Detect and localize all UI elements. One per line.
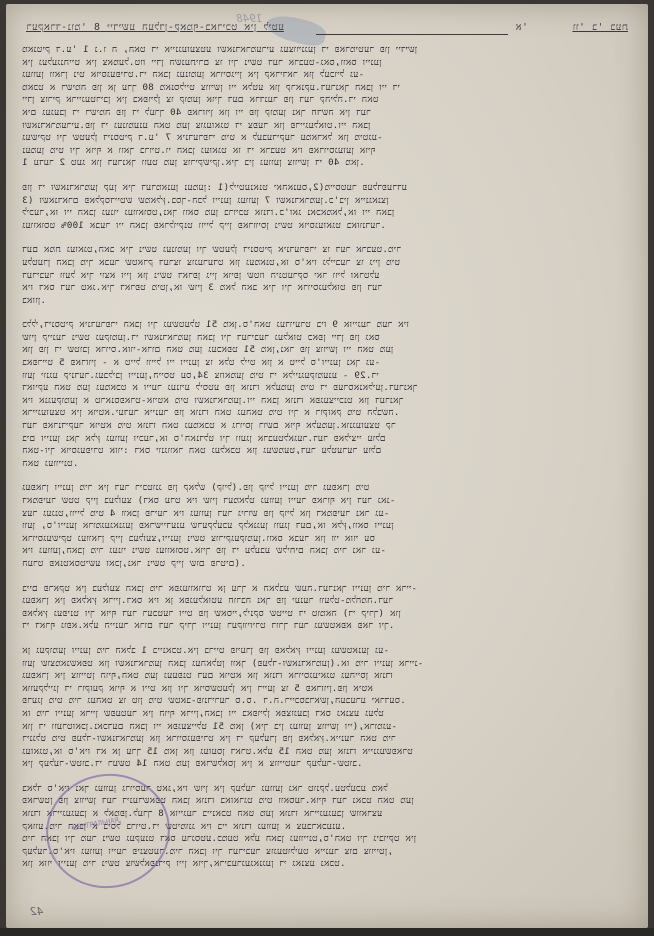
text-line: ארייגעזעצט אין אויטא.יעדער איינער פון או… — [22, 407, 630, 420]
text-line: 1 עדער 2 טעג און דערנאך וועט מען צוריקשי… — [22, 157, 630, 170]
text-line: מאכט א רשימה פון אן ערך 80 מאנסלייט צווי… — [22, 82, 630, 95]
text-line: האט געוויינט. — [22, 458, 630, 471]
text-line: דעם אמת געזאגט,האב איך נישט גענומען זיך … — [22, 244, 630, 257]
text-line: דאזיקע האט מען געמאכט א זייער גענויע ליס… — [22, 382, 630, 395]
paragraph: געפארן זיינען מיר אין דער ריכטונג פון קא… — [22, 482, 630, 570]
header-underline — [316, 34, 508, 35]
text-line: געשיקט זיך שטעלן דינסטיק ד.ע' 7 אינדערפר… — [22, 132, 630, 145]
text-line: געפארן זיינען מיר אין דער ריכטונג פון קא… — [22, 482, 630, 495]
text-line: פאלאץ געפינט זיך אויף דער רעכטער זייט פו… — [22, 608, 630, 621]
text-line: אז מיר זיינען אריין שפעטער אין הויף אריי… — [22, 708, 630, 721]
text-line: צער געגנט,ווייל מיט 4 וואכן פריער איז גע… — [22, 508, 630, 521]
text-line: ארויסגעשיקט געווארן קיין בעלזעצ,זיינען נ… — [22, 533, 630, 546]
text-line: און פון די שטובן ארויס.אזוי-ארום האט מען… — [22, 344, 630, 357]
document-header: רעקארד-נומ' 8 יידישע העלדן-קאמף-באריכט א… — [26, 22, 628, 38]
text-line: שוין קיינער נישט געקומען.די זשאנדארמען ה… — [22, 332, 630, 345]
text-line: מאנטיק ד.ע' 1 נ.ו ה ,האט די איינגעזעצטע … — [22, 44, 630, 57]
text-line: פרעגן מיט מיר געהאט צו טון מיט שטאב-פונד… — [22, 695, 630, 708]
text-line: ווען יונגע קינדער.געבליבן זיינען,הייסט ע… — [22, 370, 630, 383]
text-line: איז אנגעקומען א טראנספארט-אויטא מיט זשאנ… — [22, 395, 630, 408]
text-line: און די ווערטזאכן.נאכדעם האבן זיי אפגעציי… — [22, 721, 630, 734]
paragraph: ביים פראקט אין בעלזעצ האבן מיר אפגעוואור… — [22, 583, 630, 633]
text-line: ביים פראקט אין בעלזעצ האבן מיר אפגעוואור… — [22, 583, 630, 596]
text-line: די דארף גופא.אלע היינער ארום דער קירך זי… — [22, 620, 630, 633]
text-line: דער פארנדיקער אויטא מיט אונדז האט געמאכט… — [22, 420, 630, 433]
text-line: אין געלעגנהייט אין צאמעל.טוז יידן השנעתי… — [22, 57, 630, 70]
text-line: אין קעלער-שטוב.די רעשט 14 האט מען פארשלא… — [22, 758, 630, 771]
paragraph: דעם אמת געזאגט,האב איך נישט גענומען זיך … — [22, 244, 630, 307]
header-title: רעקארד-נומ' 8 יידישע העלדן-קאמף-באריכט א… — [26, 22, 284, 33]
text-line: כללי,דינסטיק אינדערפרי האבן זיך געשטעלט … — [22, 319, 630, 332]
text-line: באפרייט 5 פארזוין - א טייל ווייל זיי זיי… — [22, 357, 630, 370]
document-page: 1948 רעקארד-נומ' 8 יידישע העלדן-קאמף-באר… — [6, 4, 648, 928]
text-line: איז דאס דער טאג.איך דארפט מיטן,אז שוין 3… — [22, 282, 630, 295]
text-line: איז געווען,האבן מיר גענוי נישט געוואוסט.… — [22, 545, 630, 558]
document-body: מאנטיק ד.ע' 1 נ.ו ה ,האט די איינגעזעצטע … — [22, 44, 630, 883]
paragraph: כללי,דינסטיק אינדערפרי האבן זיך געשטעלט … — [22, 319, 630, 470]
text-line: געווען ווארן ניט אויסגעפירט.די האבן גענו… — [22, 69, 630, 82]
page-number: 42 — [30, 905, 43, 918]
text-line: דאמפיער שטט קיין בעלזעצ (דאס ערט איז שוי… — [22, 495, 630, 508]
text-line: דעריבער וועל איך יוצא זיין און נישט דארפ… — [22, 270, 630, 283]
text-line: באזון. — [22, 295, 630, 308]
text-line: זשאנדארמעריע.פון די גענומענע האט מען צוג… — [22, 120, 630, 133]
text-line: נעמען מיט זיך אויף א וואך ברויט.וי האבן … — [22, 145, 630, 158]
text-line: אים געגעבן די רשימה פון די לערך 40 פארזו… — [22, 107, 630, 120]
text-line: געזאגט,אז ס'איז דא אן ערך 15 מאן און געז… — [22, 746, 630, 759]
header-number: וו' ב' בעת — [572, 22, 628, 33]
text-line: האט-זיך אויסגעפירט אזוי: דאס יונגוואר הא… — [22, 445, 630, 458]
text-line: יידן צוריק ארייגעטריבן אין באפוילן צו קו… — [22, 94, 630, 107]
text-line: הערט פאנטאסטישע זאכן,נאר נישט קיין שום פ… — [22, 558, 630, 571]
text-line: ווען ,ס'זיינען ארומגעגאנגען פארשיידענע ש… — [22, 520, 630, 533]
text-line: 3) זשאנדארם פאלקסדייטש שמאלץ.בסך-הכל זיי… — [22, 195, 630, 208]
stamp-text: ЦЕНТРАЛЬНАЯ — [72, 816, 119, 832]
text-line: עלטערן האבן מיך אבער שטארק דערצו צוגערעד… — [22, 257, 630, 270]
text-line: בים זיינען נאך אלץ געווען זיכער,אז ס'האנ… — [22, 433, 630, 446]
text-line: ווען שוצמאנשאפט און זשאנדארמען האבן געהא… — [22, 658, 630, 671]
text-line: רינגלט מיט פעלד-זשאנדארמען און ארויסגעפי… — [22, 733, 630, 746]
scan-edge — [0, 928, 654, 936]
header-aleph: א' — [515, 22, 528, 33]
text-line: אוועקלייגן די רוקזעק אויף א זייט און זיך… — [22, 683, 630, 696]
text-line: אן געקומען זיינען מיר האלב 1 ביינאכט.אין… — [22, 645, 630, 658]
paragraph: פון די זשאנדארמען קען איך דערמאנען נעמען… — [22, 182, 630, 232]
text-line: געוואוסט 100% אבער זיי האבן פארלויקנט וו… — [22, 220, 630, 233]
paragraph: מאנטיק ד.ע' 1 נ.ו ה ,האט די איינגעזעצטע … — [22, 44, 630, 170]
text-line: פון די זשאנדארמען קען איך דערמאנען נעמען… — [22, 182, 630, 195]
text-line: געפארן אין פאלאץ אריין.דאס איז אן אפגעלא… — [22, 595, 630, 608]
paragraph: אן געקומען זיינען מיר האלב 1 ביינאכט.אין… — [22, 645, 630, 771]
text-line: געפארן אין צווייטן הויף,האט מען געעפנט ד… — [22, 670, 630, 683]
text-line: ליכער,אז זיי האבן גענוי געוואוסט,נאך ווא… — [22, 207, 630, 220]
